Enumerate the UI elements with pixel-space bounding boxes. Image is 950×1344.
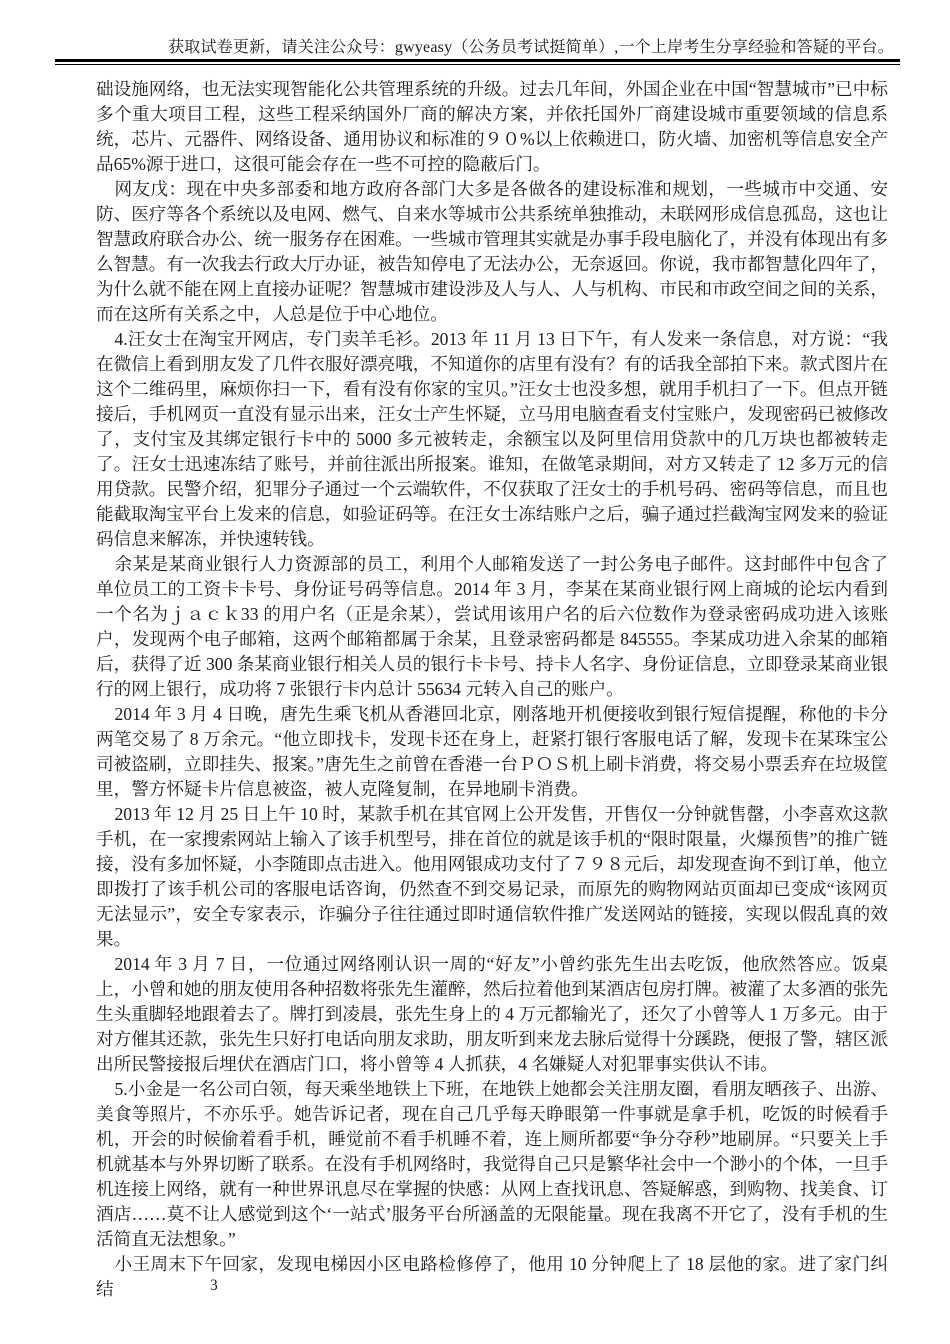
- page-number: 3: [210, 1277, 218, 1295]
- paragraph: 2013 年 12 月 25 日上午 10 时，某款手机在其官网上公开发售，开售…: [96, 802, 888, 952]
- document-body: 础设施网络，也无法实现智能化公共管理系统的升级。过去几年间，外国企业在中国“智慧…: [96, 77, 888, 1302]
- paragraph: 2014 年 3 月 4 日晚，唐先生乘飞机从香港回北京，刚落地开机便接收到银行…: [96, 702, 888, 802]
- paragraph: 5.小金是一名公司白领，每天乘坐地铁上下班，在地铁上她都会关注朋友圈，看朋友晒孩…: [96, 1077, 888, 1252]
- document-page: 获取试卷更新，请关注公众号：gwyeasy（公务员考试挺简单）,一个上岸考生分享…: [0, 0, 950, 1344]
- paragraph: 4.汪女士在淘宝开网店，专门卖羊毛衫。2013 年 11 月 13 日下午，有人…: [96, 327, 888, 552]
- paragraph: 础设施网络，也无法实现智能化公共管理系统的升级。过去几年间，外国企业在中国“智慧…: [96, 77, 888, 177]
- header-note: 获取试卷更新，请关注公众号：gwyeasy（公务员考试挺简单）,一个上岸考生分享…: [0, 34, 950, 57]
- paragraph: 2014 年 3 月 7 日，一位通过网络刚认识一周的“好友”小曾约张先生出去吃…: [96, 952, 888, 1077]
- header-rule-divider: [55, 59, 900, 65]
- paragraph: 网友戊：现在中央多部委和地方政府各部门大多是各做各的建设标准和规划，一些城市中交…: [96, 177, 888, 327]
- paragraph: 余某是某商业银行人力资源部的员工，利用个人邮箱发送了一封公务电子邮件。这封邮件中…: [96, 552, 888, 702]
